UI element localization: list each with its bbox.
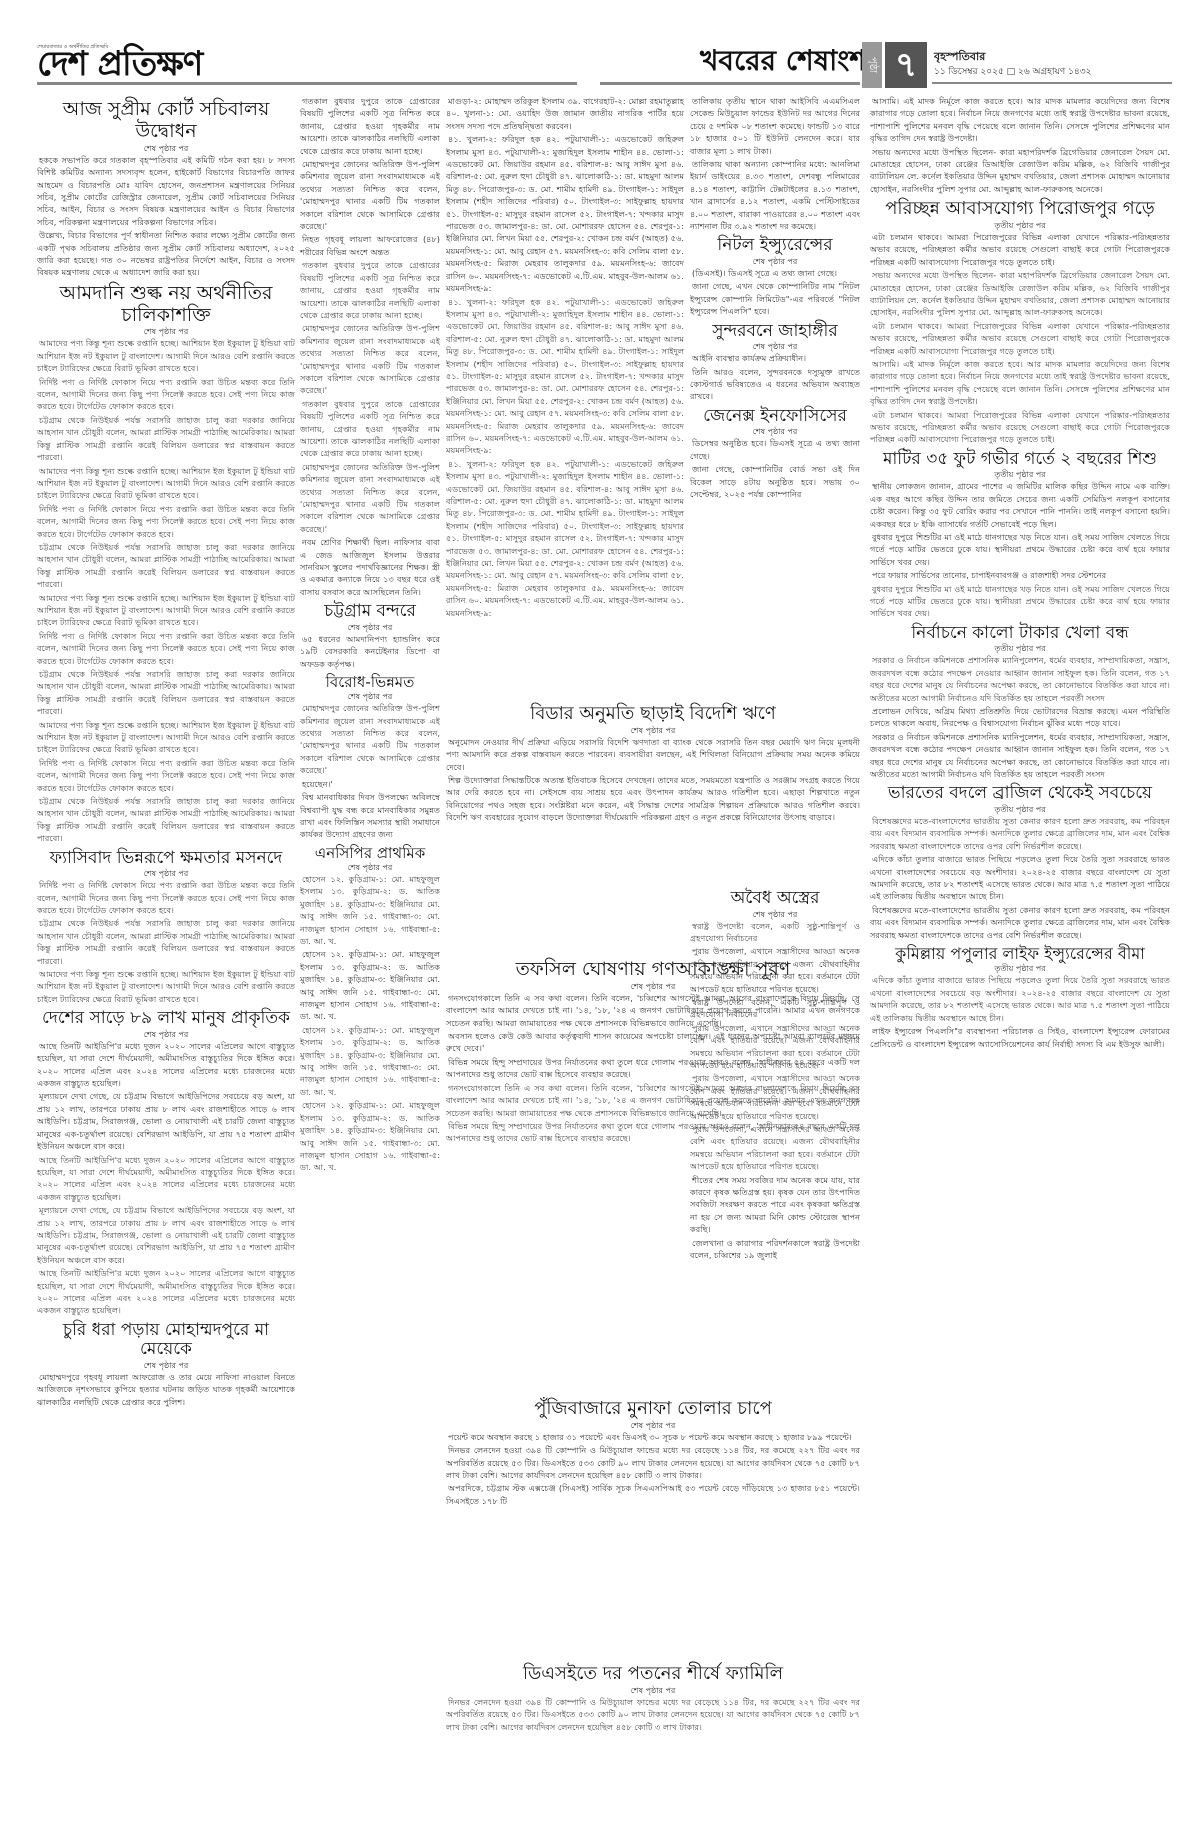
headline[interactable]: কুমিল্লায় পপুলার লাইফ ইন্স্যুরেন্সের বী… (870, 945, 1170, 963)
paragraph: স্বরাষ্ট্র উপদেষ্টা বলেন, একটি সুষ্ঠু-শা… (690, 920, 860, 945)
headline[interactable]: জেনেক্স ইনফোসিসের (690, 407, 860, 427)
header-rule (37, 82, 577, 85)
paragraph: তিনি আরও বলেন, সুন্দরবনকে দস্যুমুক্ত রাখ… (690, 366, 860, 403)
paragraph: আমাদের পণ্য কিন্তু শূন্য শুল্কে রপ্তানি … (37, 719, 295, 756)
continued-label: শেষ পৃষ্ঠার পর (690, 256, 860, 267)
article-nitol: নিটল ইন্স্যুরেন্সের শেষ পৃষ্ঠার পর (ডিএস… (690, 236, 860, 317)
article-fascism: ফ্যাসিবাদ ভিন্নরূপে ক্ষমতার মসনদে শেষ পৃ… (37, 849, 295, 1006)
continued-label: তৃতীয় পৃষ্ঠার পর (870, 220, 1170, 231)
paragraph: পরে ফায়ার সার্ভিসের তানোর, চাপাইনবাবগঞ্… (870, 569, 1170, 581)
article-ctg-port: চট্টগ্রাম বন্দরে শেষ পৃষ্ঠার পর ৬৫ ধরনের… (300, 602, 440, 670)
paragraph: আইনি ব্যবস্থার কার্যক্রম প্রক্রিয়াধীন। (690, 352, 860, 364)
paragraph: মোহাম্মদপুর জোনের অতিরিক্ত উপ-পুলিশ কমিশ… (300, 461, 440, 535)
paragraph: জেলখানা ও কারাগার পরিদর্শনকালে স্বরাষ্ট্… (690, 1237, 860, 1262)
paragraph: চট্টগ্রাম থেকে নিউইয়র্ক পর্যন্ত সরাসরি … (37, 541, 295, 591)
paragraph: মূল্যায়নে দেখা গেছে, যে চট্টগ্রাম বিভাগ… (37, 1204, 295, 1266)
paragraph: হোসেন ১২. কুড়িগ্রাম-১: মো. মাহফুজুল ইসল… (300, 1024, 440, 1098)
paragraph: চট্টগ্রাম থেকে নিউইয়র্ক পর্যন্ত সরাসরি … (37, 917, 295, 967)
article-idp: দেশের সাড়ে ৮৯ লাখ মানুষ প্রাকৃতিক শেষ প… (37, 1009, 295, 1316)
paragraph: সভায় অন্যদের মধ্যে উপস্থিত ছিলেন- কারা … (870, 269, 1170, 319)
article-stock: পুঁজিবাজারে মুনাফা তোলার চাপে শেষ পৃষ্ঠা… (446, 1395, 860, 1508)
article-candidates: মাগুড়া-২: মোহাম্মদ তরিকুল ইসলাম ৩৯. বাগ… (446, 95, 684, 619)
column-1: আজ সুপ্রীম কোর্ট সচিবালয় উদ্বোধন শেষ পৃ… (37, 95, 295, 1409)
paragraph: জানা গেছে, এখন থেকে কোম্পানিটির নাম "নিট… (690, 280, 860, 317)
paragraph: ৪১. খুলনা-২: ফরিদুল হক ৪২. পটুয়াখালী-১:… (446, 458, 684, 619)
paragraph: নবম শ্রেণির শিক্ষার্থী ছিল। নাফিসার বাবা… (300, 536, 440, 598)
paragraph: আমাদের পণ্য কিন্তু শূন্য শুল্কে রপ্তানি … (37, 465, 295, 502)
paragraph: আমাদের পণ্য কিন্তু শূন্য শুল্কে রপ্তানি … (37, 337, 295, 374)
headline[interactable]: বিরোধ-ভিন্নমত (300, 674, 440, 691)
page-number: ৭ (885, 42, 927, 88)
paragraph: মোহাম্মদপুর জোনের অতিরিক্ত উপ-পুলিশ কমিশ… (300, 702, 440, 776)
article-brazil: ভারতের বদলে ব্রাজিল থেকেই সবচেয়ে তৃতীয়… (870, 784, 1170, 941)
article-import-duty: আমদানি শুল্ক নয় অর্থনীতির চালিকাশক্তি শ… (37, 283, 295, 845)
continued-label: তৃতীয় পৃষ্ঠার পর (870, 469, 1170, 480)
paragraph: নির্দিষ্ট পণ্য ও নির্দিষ্ট ফোকাস নিয়ে প… (37, 879, 295, 916)
article-theft: চুরি ধরা পড়ায় মোহাম্মদপুরে মা মেয়েকে … (37, 1321, 295, 1408)
continued-label: শেষ পৃষ্ঠার পর (37, 868, 295, 879)
paragraph: বুধবার দুপুরে শিশুটির মা ওই মাঠে ধানগাছে… (870, 531, 1170, 568)
headline[interactable]: চুরি ধরা পড়ায় মোহাম্মদপুরে মা মেয়েকে (37, 1321, 295, 1360)
headline[interactable]: আজ সুপ্রীম কোর্ট সচিবালয় উদ্বোধন (37, 99, 295, 143)
paragraph: আমাদের পণ্য কিন্তু শূন্য শুল্কে রপ্তানি … (37, 592, 295, 629)
continued-label: তৃতীয় পৃষ্ঠার পর (870, 804, 1170, 815)
paragraph: সরকার ও নির্বাচন কমিশনকে প্রশাসনিক ম্যান… (870, 654, 1170, 704)
article-sundarbans: সুন্দরবনে জাহাঙ্গীর শেষ পৃষ্ঠার পর আইনি … (690, 322, 860, 403)
continued-label: শেষ পৃষ্ঠার পর (446, 1685, 860, 1696)
continued-label: শেষ পৃষ্ঠার পর (37, 143, 295, 154)
paragraph: বিশেষজ্ঞদের মতে-বাংলাদেশের ভারতীয় সুতা … (870, 815, 1170, 852)
paragraph: আমাদের পণ্য কিন্তু শূন্য শুল্কে রপ্তানি … (37, 968, 295, 1005)
paragraph: এদিকে কাঁচা তুলার বাজারে ভারত পিছিয়ে পড… (870, 974, 1170, 1024)
masthead: শেয়ারবাজার ও অর্থনীতির প্রতিচ্ছবি দেশ প… (0, 0, 1200, 90)
paragraph: হোসেন ১২. কুড়িগ্রাম-১: মো. মাহফুজুল ইসল… (300, 873, 440, 947)
paragraph: গতকাল বুধবার দুপুরে তাকে গ্রেপ্তারের বিষ… (300, 259, 440, 321)
paragraph: মোহাম্মদপুর জোনের অতিরিক্ত উপ-পুলিশ কমিশ… (300, 322, 440, 396)
paragraph: স্বরাষ্ট্র উপদেষ্টা বলেন, একটি সুষ্ঠু-শা… (690, 996, 860, 1021)
paragraph: পুরায় উপজেলা, এখানে সন্ত্রাসীদের আড্ডা … (690, 1072, 860, 1122)
paragraph: দিনভর লেনদেন হওয়া ৩৯৪ টি কোম্পানি ও মিউ… (446, 1696, 860, 1733)
header-rule (600, 82, 860, 85)
article-pirojpur: পরিচ্ছন্ন আবাসযোগ্য পিরোজপুর গড়ে তৃতীয়… (870, 199, 1170, 446)
continued-label: শেষ পৃষ্ঠার পর (37, 1360, 295, 1371)
paragraph: স্থানীয় লোকজন জানান, গ্রামের পাশের এ জম… (870, 480, 1170, 530)
paragraph: বিশেষজ্ঞদের মতে-বাংলাদেশের ভারতীয় সুতা … (870, 904, 1170, 941)
paragraph: মোহাম্মদপুর জোনের অতিরিক্ত উপ-পুলিশ কমিশ… (300, 158, 440, 232)
paragraph: চট্টগ্রাম থেকে নিউইয়র্ক পর্যন্ত সরাসরি … (37, 795, 295, 845)
article-protest: বিরোধ-ভিন্নমত শেষ পৃষ্ঠার পর মোহাম্মদপুর… (300, 674, 440, 841)
paragraph: আছে তিনটি আইডিপি'র মধ্যে দুজন ২০২০ সালের… (37, 1267, 295, 1317)
article-pit: মাটির ৩৫ ফুট গভীর গর্তে ২ বছরের শিশু তৃত… (870, 450, 1170, 620)
continued-label: শেষ পৃষ্ঠার পর (37, 1029, 295, 1040)
headline[interactable]: এনসিপির প্রাথমিক (300, 845, 440, 862)
paragraph: ৬৫ ধরনের আমদানিপণ্য হ্যান্ডলিং করে ১৯টি … (300, 633, 440, 670)
paragraph: দিনভর লেনদেন হওয়া ৩৯৪ টি কোম্পানি ও মিউ… (446, 1444, 860, 1481)
continued-label: শেষ পৃষ্ঠার পর (690, 426, 860, 437)
continued-label: শেষ পৃষ্ঠার পর (37, 326, 295, 337)
paragraph: প্রলোভন দেখিয়ে, অগ্রিম মিথ্যা প্রতিশ্রু… (870, 705, 1170, 730)
headline[interactable]: ভারতের বদলে ব্রাজিল থেকেই সবচেয়ে (870, 784, 1170, 804)
continued-label: শেষ পৃষ্ঠার পর (300, 622, 440, 633)
paragraph: এটা চলমান থাকবে। আমরা পিরোজপুরের বিভিন্ন… (870, 231, 1170, 268)
newspaper-logo[interactable]: দেশ প্রতিক্ষণ (37, 48, 202, 80)
paragraph: মাগুড়া-২: মোহাম্মদ তরিকুল ইসলাম ৩৯. বাগ… (446, 95, 684, 132)
article-arrest: গতকাল বুধবার দুপুরে তাকে গ্রেপ্তারের বিষ… (300, 95, 440, 598)
paragraph: শীতের শেষ সময় সবজির দাম অনেক কমে যায়, … (690, 1174, 860, 1236)
paragraph: হোসেন ১২. কুড়িগ্রাম-১: মো. মাহফুজুল ইসল… (300, 948, 440, 1022)
article-ncp: এনসিপির প্রাথমিক শেষ পৃষ্ঠার পর হোসেন ১২… (300, 845, 440, 1174)
paragraph: নির্দিষ্ট পণ্য ও নির্দিষ্ট ফোকাস নিয়ে প… (37, 757, 295, 794)
paragraph: আসামি। এই মাদক নির্মূলে কাজ করতে হবে। আর… (870, 358, 1170, 408)
paragraph: চট্টগ্রাম থেকে নিউইয়র্ক পর্যন্ত সরাসরি … (37, 668, 295, 718)
paragraph: চট্টগ্রাম থেকে নিউইয়র্ক পর্যন্ত সরাসরি … (37, 414, 295, 464)
paragraph: নির্দিষ্ট পণ্য ও নির্দিষ্ট ফোকাস নিয়ে প… (37, 503, 295, 540)
paragraph: বুধবার দুপুরে শিশুটির মা ওই মাঠে ধানগাছে… (870, 583, 1170, 620)
section-title: খবরের শেষাংশ (700, 44, 860, 78)
article-dse-family: ডিএসইতে দর পতনের শীর্ষে ফ্যামিলি শেষ পৃষ… (446, 1660, 860, 1734)
paragraph: নিহত গৃহবধূ লায়লা আফরোজের (৪৮) শরীরের ব… (300, 233, 440, 258)
paragraph: উল্লেখ্য, বিচার বিভাগের পূর্ণ স্বাধীনতা … (37, 229, 295, 279)
headline[interactable]: পুঁজিবাজারে মুনাফা তোলার চাপে (446, 1399, 860, 1420)
paragraph: নির্দিষ্ট পণ্য ও নির্দিষ্ট ফোকাস নিয়ে প… (37, 630, 295, 667)
paragraph: হোসেন ১২. কুড়িগ্রাম-১: মো. মাহফুজুল ইসল… (300, 1099, 440, 1173)
paragraph: ৪১. খুলনা-২: ফরিদুল হক ৪২. পটুয়াখালী-১:… (446, 133, 684, 294)
paragraph: লাইফ ইন্স্যুরেন্স পিএলসি"র ব্যবস্থাপনা প… (870, 1025, 1170, 1050)
article-home-advisor: আসামি। এই মাদক নির্মূলে কাজ করতে হবে। আর… (870, 95, 1170, 195)
headline[interactable]: চট্টগ্রাম বন্দরে (300, 602, 440, 622)
paragraph: নির্দিষ্ট পণ্য ও নির্দিষ্ট ফোকাস নিয়ে প… (37, 376, 295, 413)
column-3: মাগুড়া-২: মোহাম্মদ তরিকুল ইসলাম ৩৯. বাগ… (446, 95, 684, 620)
continued-label: শেষ পৃষ্ঠার পর (690, 341, 860, 352)
paragraph: আছে তিনটি আইডিপি'র মধ্যে দুজন ২০২০ সালের… (37, 1154, 295, 1204)
article-foreign-loan: বিডার অনুমতি ছাড়াই বিদেশি ঋণে শেষ পৃষ্ঠ… (446, 700, 860, 825)
headline[interactable]: নিটল ইন্স্যুরেন্সের (690, 236, 860, 256)
paragraph: এদিকে কাঁচা তুলার বাজারে ভারত পিছিয়ে পড… (870, 853, 1170, 903)
continued-label: তৃতীয় পৃষ্ঠার পর (870, 963, 1170, 974)
paragraph: (ডিএসই)। ডিএসই সূত্রে এ তথ্য জানা গেছে। (690, 267, 860, 279)
issue-date: ১১ ডিসেম্বর ২০২৫ □ ২৬ অগ্রহায়ণ ১৪৩২ (934, 64, 1091, 79)
paragraph: সভায় অন্যদের মধ্যে উপস্থিত ছিলেন- কারা … (870, 146, 1170, 196)
paragraph: তালিকায় থাকা অন্যান্য কোম্পানির মধ্যে: … (690, 158, 860, 232)
article-comilla: কুমিল্লায় পপুলার লাইফ ইন্স্যুরেন্সের বী… (870, 945, 1170, 1050)
column-2: গতকাল বুধবার দুপুরে তাকে গ্রেপ্তারের বিষ… (300, 95, 440, 1175)
continued-label: শেষ পৃষ্ঠার পর (300, 862, 440, 873)
article-supreme-court: আজ সুপ্রীম কোর্ট সচিবালয় উদ্বোধন শেষ পৃ… (37, 99, 295, 279)
paragraph: পয়েন্ট কমে অবস্থান করছে ১ হাজার ৩১ পয়ে… (446, 1431, 860, 1443)
headline[interactable]: বিডার অনুমতি ছাড়াই বিদেশি ঋণে (446, 704, 860, 725)
paragraph: মূল্যায়নে দেখা গেছে, যে চট্টগ্রাম বিভাগ… (37, 1090, 295, 1152)
paragraph: ডিসেম্বর অনুষ্ঠিত হবে। ডিএসই সূত্রে এ তথ… (690, 437, 860, 462)
paragraph: আছে তিনটি আইডিপি'র মধ্যে দুজন ২০২০ সালের… (37, 1040, 295, 1090)
headline[interactable]: অবৈধ অস্ত্রের (690, 889, 860, 909)
paragraph: এটা চলমান থাকবে। আমরা পিরোজপুরের বিভিন্ন… (870, 320, 1170, 357)
article-mutual-fund: তালিকায় তৃতীয় স্থানে থাকা আইসিবি এএমসি… (690, 95, 860, 232)
paragraph: মোহাম্মদপুরে গৃহবধূ লায়লা আফরোজ ও তার ম… (37, 1371, 295, 1408)
paragraph: সরকার ও নির্বাচন কমিশনকে প্রশাসনিক ম্যান… (870, 731, 1170, 781)
paragraph: অপরদিকে, চট্টগ্রাম স্টক এক্সচেঞ্জ (সিএসই… (446, 1482, 860, 1507)
paragraph: পুরায় উপজেলা, এখানে সন্ত্রাসীদের আড্ডা … (690, 945, 860, 995)
headline[interactable]: ফ্যাসিবাদ ভিন্নরূপে ক্ষমতার মসনদে (37, 849, 295, 869)
header-rule (932, 82, 1172, 84)
paragraph: হককে সভাপতি করে গতকাল বৃহস্পতিবার এই কমি… (37, 154, 295, 228)
continued-label: তৃতীয় পৃষ্ঠার পর (870, 643, 1170, 654)
headline[interactable]: সুন্দরবনে জাহাঙ্গীর (690, 322, 860, 342)
headline[interactable]: মাটির ৩৫ ফুট গভীর গর্তে ২ বছরের শিশু (870, 450, 1170, 470)
headline[interactable]: নির্বাচনে কালো টাকার খেলা বন্ধ (870, 624, 1170, 644)
paragraph: শিল্প উদ্যোক্তারা সিদ্ধান্তটিকে অত্যন্ত … (446, 774, 860, 824)
paragraph: পুরায় উপজেলা, এখানে সন্ত্রাসীদের আড্ডা … (690, 1022, 860, 1072)
paragraph: ৪১. খুলনা-২: ফরিদুল হক ৪২. পটুয়াখালী-১:… (446, 296, 684, 457)
paragraph: তালিকায় তৃতীয় স্থানে থাকা আইসিবি এএমসি… (690, 95, 860, 157)
page-label: পৃষ্ঠা (862, 42, 882, 88)
paragraph: গতকাল বুধবার দুপুরে তাকে গ্রেপ্তারের বিষ… (300, 95, 440, 157)
paragraph: গতকাল বুধবার দুপুরে তাকে গ্রেপ্তারের বিষ… (300, 398, 440, 460)
continued-label: শেষ পৃষ্ঠার পর (446, 1420, 860, 1431)
article-genex: জেনেক্স ইনফোসিসের শেষ পৃষ্ঠার পর ডিসেম্ব… (690, 407, 860, 501)
continued-label: শেষ পৃষ্ঠার পর (300, 691, 440, 702)
paragraph: অনুমোদন নেওয়ার দীর্ঘ প্রক্রিয়া এড়িয়ে… (446, 736, 860, 773)
paragraph: হয়েছেন।' (300, 778, 440, 790)
headline[interactable]: আমদানি শুল্ক নয় অর্থনীতির চালিকাশক্তি (37, 283, 295, 327)
paragraph: পুরায় উপজেলা, এখানে সন্ত্রাসীদের আড্ডা … (690, 1123, 860, 1173)
continued-label: শেষ পৃষ্ঠার পর (690, 909, 860, 920)
column-5: আসামি। এই মাদক নির্মূলে কাজ করতে হবে। আর… (870, 95, 1170, 1051)
paragraph: জানা গেছে, কোম্পানিটির বোর্ড সভা ওই দিন … (690, 463, 860, 500)
article-black-money: নির্বাচনে কালো টাকার খেলা বন্ধ তৃতীয় পৃ… (870, 624, 1170, 781)
continued-label: শেষ পৃষ্ঠার পর (446, 725, 860, 736)
headline[interactable]: ডিএসইতে দর পতনের শীর্ষে ফ্যামিলি (446, 1664, 860, 1685)
paragraph: এটা চলমান থাকবে। আমরা পিরোজপুরের বিভিন্ন… (870, 409, 1170, 446)
column-4: তালিকায় তৃতীয় স্থানে থাকা আইসিবি এএমসি… (690, 95, 860, 501)
headline[interactable]: দেশের সাড়ে ৮৯ লাখ মানুষ প্রাকৃতিক (37, 1009, 295, 1029)
article-illegal-arms: অবৈধ অস্ত্রের শেষ পৃষ্ঠার পর স্বরাষ্ট্র … (690, 885, 860, 1263)
headline[interactable]: পরিচ্ছন্ন আবাসযোগ্য পিরোজপুর গড়ে (870, 199, 1170, 220)
paragraph: বিশ্ব মানবাধিকার দিবস উপলক্ষ্যে অবিলম্বে… (300, 791, 440, 841)
paragraph: আসামি। এই মাদক নির্মূলে কাজ করতে হবে। আর… (870, 95, 1170, 145)
